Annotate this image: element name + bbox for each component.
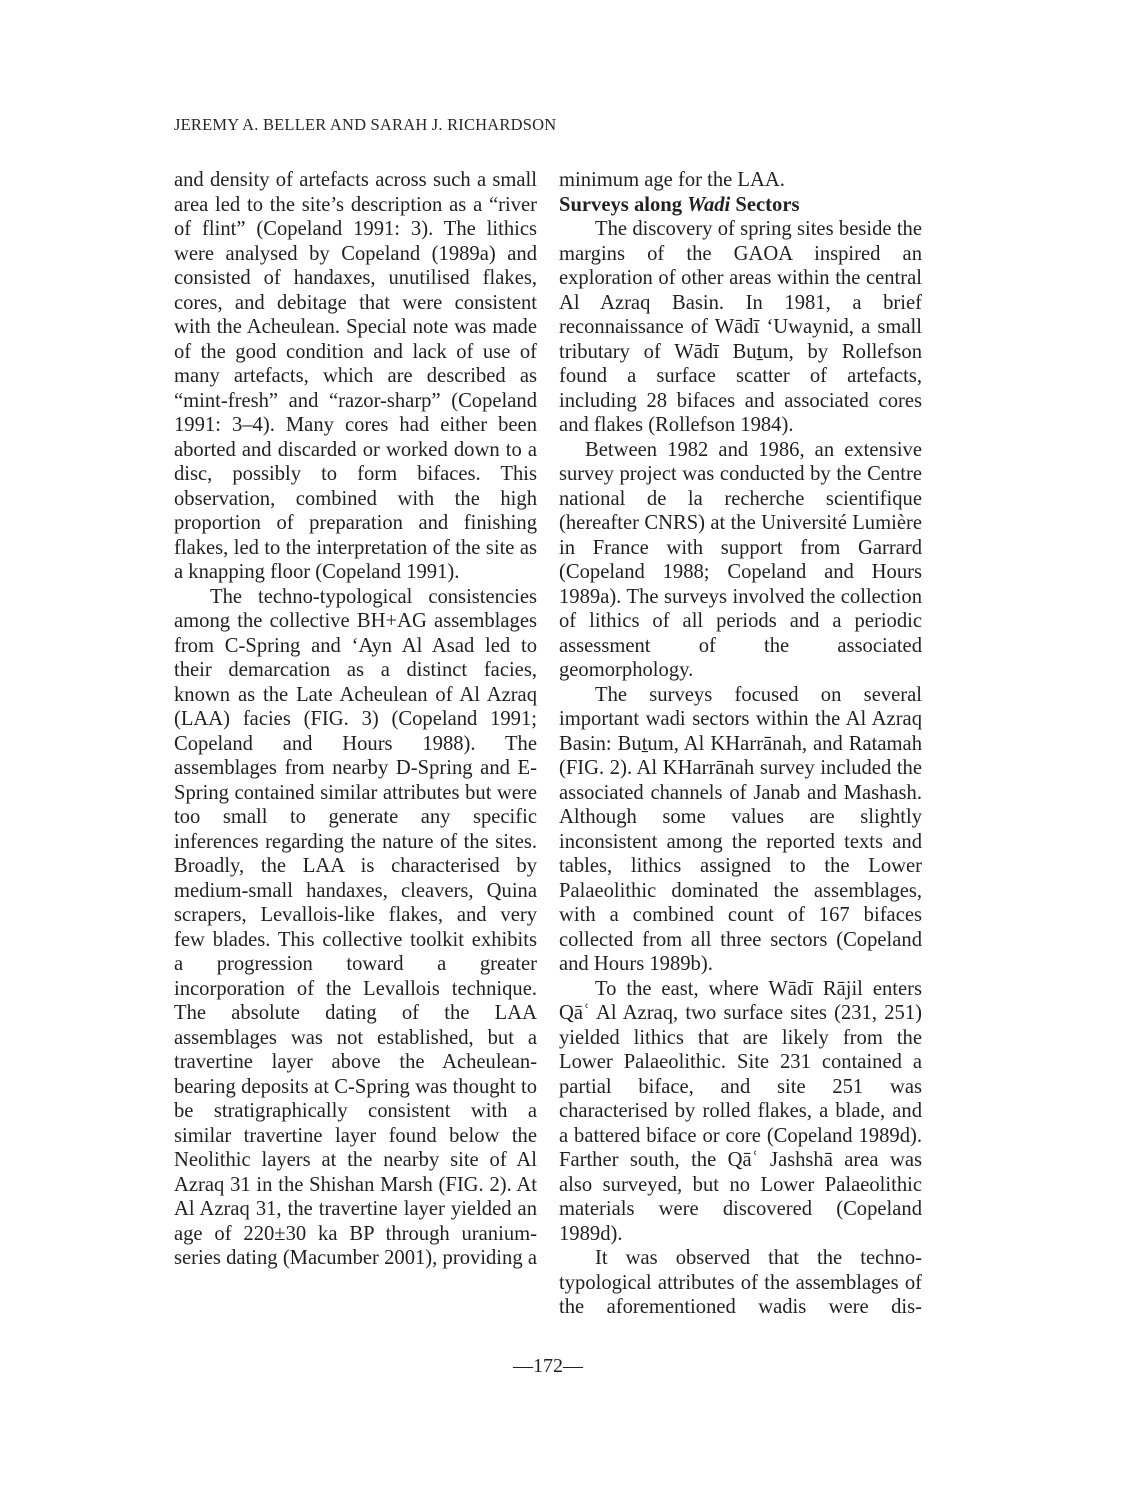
section-heading: Surveys along Wadi Sectors [559, 193, 922, 218]
body-paragraph: The discovery of spring sites beside the… [559, 217, 922, 438]
running-head: JEREMY A. BELLER AND SARAH J. RICHARDSON [174, 114, 556, 136]
section-heading-prefix: Surveys along [559, 194, 687, 216]
body-paragraph: The techno-typological consistencies amo… [174, 585, 537, 1271]
section-heading-italic: Wadi [687, 194, 730, 216]
section-heading-suffix: Sectors [730, 194, 799, 216]
body-paragraph: The surveys focused on several important… [559, 683, 922, 977]
continuation-line: minimum age for the LAA. [559, 168, 922, 193]
body-paragraph: and density of artefacts across such a s… [174, 168, 537, 585]
right-column: minimum age for the LAA. Surveys along W… [559, 168, 922, 1320]
page-number: —172— [0, 1354, 1096, 1378]
body-paragraph: To the east, where Wādī Rājil enters Qāʿ… [559, 977, 922, 1247]
body-paragraph: It was observed that the techno-typologi… [559, 1246, 922, 1320]
left-column: and density of artefacts across such a s… [174, 168, 537, 1271]
body-paragraph: Between 1982 and 1986, an extensive surv… [559, 438, 922, 683]
